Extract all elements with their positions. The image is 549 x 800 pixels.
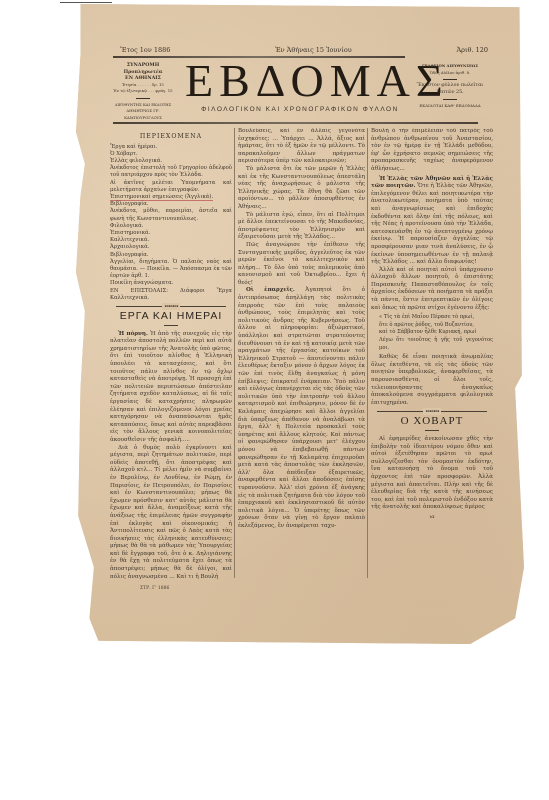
verse-line: Λέγω ὅτι τοιοῦτος ἡ γῆς τοῦ γεγονότος μο…: [379, 337, 493, 352]
ornament-divider: ∙∘∙∘∙∘∙: [377, 411, 487, 412]
contents-item: Ποικίλη ἀναγνώσματα.: [110, 280, 232, 287]
ornament-divider: ∙∘∙∘∙∘∙: [116, 306, 226, 307]
column-divider-2: [367, 128, 368, 578]
article-paragraph: Καθῶς δὲ εἶναι ποιητικὰ ἀνωμαλίας ὅλως ἐ…: [371, 354, 493, 407]
issue-price-label: Ἕκαστον φύλλον πωλεῖται: [412, 83, 488, 90]
column-2: Βουλεύσεις, καὶ ἐν ἄλλαις γεγονότα ἐσχηκ…: [238, 128, 365, 580]
contents-item: Ἔργα καὶ ἡμέραι.: [110, 144, 232, 151]
column-1: ΠΕΡΙΕΧΟΜΕΝΑ Ἔργα καὶ ἡμέραι.Ὁ Χόβαρτ.Ἑλλ…: [110, 133, 232, 583]
divider: [443, 79, 457, 80]
price-abroad: Ἐν τῷ ἐξωτερικῷ . . . φράγ. 15: [108, 88, 178, 95]
page-marker: ια: [371, 514, 493, 522]
masthead-bottom-rule: [113, 122, 478, 124]
year-label: Ἔτος 1ον 1886: [120, 46, 170, 54]
article-paragraph: Οἱ ἐπαρχεῖς. Ἀγαπητοὶ ὅτι ὁ ἀντιπρόσωπος…: [238, 287, 365, 530]
issue-price-value: λεπτῶν 25.: [412, 90, 488, 97]
article-lead: Οἱ ἐπαρχεῖς.: [246, 287, 295, 293]
divider: [443, 99, 457, 100]
contents-heading: ΠΕΡΙΕΧΟΜΕΝΑ: [110, 133, 232, 141]
contents-item: Βιβλιογραφία.: [110, 252, 232, 259]
contents-item: ΕΝ ΕΠΙΣΤΟΛΑΙΣ: Διάφοροι Ἔργα Καλλιτεχνικ…: [110, 288, 232, 302]
contents-item: Ἀνέκδοτα, μῦθοι, παροιμίαι, ἀστεῖα καὶ φ…: [110, 208, 232, 222]
article-paragraph: Τὸ μάλιστα ἐγώ, εἶπεν, ὅτι αἱ Πολίτιμοι …: [238, 212, 365, 242]
section-heading-hobart: Ο ΧΟΒΑΡΤ: [371, 418, 493, 426]
contents-item: Ἀνέκδοτος ἐπιστολὴ τοῦ Γρηγορίου ἀδελφοῦ…: [110, 165, 232, 179]
scanner-edge-line: [60, 2, 112, 3]
issue-number: Ἀριθ. 120: [456, 46, 488, 54]
article-paragraph: Ἡ Ἑλλὰς τῶν Ἀθηνῶν καὶ ἡ Ἑλλὰς τῶν ποιητ…: [371, 176, 493, 267]
article-paragraph: Ἀλλὰ καὶ οἱ ποιηταὶ αὐτοὶ ὑπάρχουσιν ἀλλ…: [371, 267, 493, 313]
date-label: Ἐν Ἀθήναις 15 Ἰουνίου: [275, 46, 352, 54]
newspaper-subtitle: ΦΙΛΟΛΟΓΙΚΟΝ ΚΑΙ ΧΡΟΝΟΓΡΑΦΙΚΟΝ ΦΥΛΛΟΝ: [185, 106, 415, 113]
contents-item: Φιλολογικά.: [110, 223, 232, 230]
column-divider-1: [234, 128, 235, 578]
article-paragraph: Αἱ ἐφημερίδες ἀνεκοίνωσαν χθὲς τὴν ἐπιβο…: [371, 436, 493, 512]
section-heading-erga: ΕΡΓΑ ΚΑΙ ΗΜΕΡΑΙ: [110, 313, 232, 321]
frequency-label: ΕΚΔΙΔΟΤΑΙ ΚΑΘ' ΕΒΔΟΜΑΔΑ: [412, 103, 488, 110]
short-rule: [164, 325, 178, 326]
column-3: Βουλὴ ὁ τὴν ἐπιμέλειαν τοῦ πατρὸς τοῦ ἀν…: [371, 128, 493, 570]
office-box: ΓΡΑΦΕΙΟΝ ΔΙΕΥΘΥΝΣΕΩΣ Ὁδὸς Αἰόλου ἀριθ. 8…: [412, 63, 488, 110]
editor-name: ΔΗΜΗΤΡΙΟΣ ΓΡ. ΚΑΜΠΟΥΡΟΓΛΟΥΣ: [108, 108, 178, 121]
divider: [136, 98, 150, 99]
office-heading: ΓΡΑΦΕΙΟΝ ΔΙΕΥΘΥΝΣΕΩΣ: [412, 63, 488, 70]
article-lead: Ἡ πόρνη.: [118, 331, 148, 337]
contents-item: Ὁ Χόβαρτ.: [110, 151, 232, 158]
verse-line: « Τίς τὰ ἐπὶ Μαΐου Πέρασε τὸ πρωί,: [379, 314, 493, 322]
short-rule: [425, 430, 439, 431]
article-paragraph: Βουλεύσεις, καὶ ἐν ἄλλαις γεγονότα ἐσχηκ…: [238, 128, 365, 166]
newspaper-title: ΕΒΔΟΜΑΣ: [185, 56, 415, 106]
verse-quote: « Τίς τὰ ἐπὶ Μαΐου Πέρασε τὸ πρωί,ὅτε ὁ …: [371, 314, 493, 352]
contents-item: Ἀγγελίαι, διηγήματα. Ὁ παλαιὸς ναὸς καὶ …: [110, 259, 232, 281]
article-paragraph: Βουλὴ ὁ τὴν ἐπιμέλειαν τοῦ πατρὸς τοῦ ἀν…: [371, 128, 493, 174]
office-address: Ὁδὸς Αἰόλου ἀριθ. 8.: [412, 70, 488, 77]
contents-item: Αἱ ἀκτῖνες μελέται Ὑπομνήματα καὶ μελετή…: [110, 180, 232, 194]
article-paragraph: Ἡ πόρνη. Ἡ ἀπὸ τῆς συνεχοῦς εἰς τὴν πλατ…: [110, 331, 232, 445]
subscription-box: ΣΥΝΔΡΟΜΗ Προπληρωτέα ΕΝ ΑΘΗΝΑΙΣ Ἐτησία .…: [108, 62, 178, 121]
article-paragraph: Διὰ ὁ θυμὸς πολὺ ἐγκρίνοντι καὶ μέγιστα,…: [110, 445, 232, 582]
contents-list: Ἔργα καὶ ἡμέραι.Ὁ Χόβαρτ.Ἑλλὰς φιλολογικ…: [110, 144, 232, 302]
contents-item: Ἀρχαιολογικά.: [110, 244, 232, 251]
article-paragraph: Πῶς ἀναγνώρισε τὴν ἐπίθεσιν τῆς Συνταγμα…: [238, 242, 365, 288]
article-paragraph: Τὸ μάλιστα ὅτι ἐκ τῶν μερῶν ἡ Ἑλλὰς καὶ …: [238, 166, 365, 212]
footer-mark: ΣΤΡ. Γ' 1886: [140, 586, 169, 591]
verse-line: καὶ τὸ Σάββατον ἦλθε Κυριακή, πρωί: [379, 329, 493, 337]
